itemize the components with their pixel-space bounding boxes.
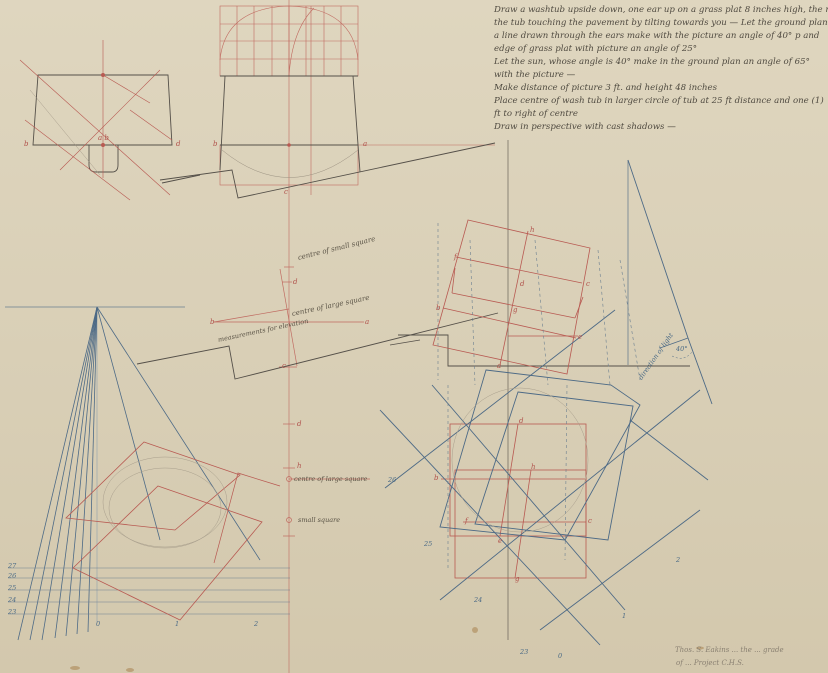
label-persp-f: f (454, 253, 457, 261)
label-lower-c: c (588, 517, 592, 525)
label-axis-a: a (365, 318, 369, 326)
label-persp-d: d (520, 280, 524, 288)
ground-mark-23: 23 (520, 648, 528, 656)
label-persp-e: e (578, 333, 582, 341)
scale-mark-24: 24 (8, 596, 16, 604)
label-lower-b: b (434, 474, 438, 482)
scale-mark-25: 25 (8, 584, 16, 592)
instruction-line: Make distance of picture 3 ft. and heigh… (494, 82, 828, 95)
paper-stains (70, 627, 704, 672)
signature-line-2: of ... Project C.H.S. (676, 659, 744, 667)
label-persp-g: g (513, 306, 517, 314)
label-persp-b: b (436, 304, 440, 312)
ground-mark-26: 26 (388, 476, 396, 484)
label-plan-d: d (176, 140, 180, 148)
elevation-ground-line (137, 313, 498, 379)
base-mark-0: 0 (96, 620, 100, 628)
tub-plan-view (20, 40, 200, 200)
sun-angle-label: 40° (676, 345, 688, 353)
assignment-instructions: Draw a washtub upside down, one ear up o… (494, 4, 828, 134)
scale-mark-26: 26 (8, 572, 16, 580)
drawing-sheet: Draw a washtub upside down, one ear up o… (0, 0, 828, 673)
label-axis-h: h (297, 462, 302, 470)
label-axis-c: c (282, 362, 286, 370)
instruction-line: ft to right of centre (494, 108, 828, 121)
label-lower-f: f (465, 517, 468, 525)
signature-line-1: Thos. S. Eakins ... the ... grade (675, 646, 784, 654)
ground-mark-0: 0 (558, 652, 562, 660)
label-lower-d: d (519, 417, 523, 425)
label-axis-d: d (293, 278, 297, 286)
instruction-line: Draw in perspective with cast shadows — (494, 121, 828, 134)
ground-mark-1: 1 (622, 612, 626, 620)
instruction-line: edge of grass plat with picture an angle… (494, 43, 828, 56)
instruction-line: with the picture — (494, 69, 828, 82)
ground-mark-25: 25 (424, 540, 432, 548)
base-mark-2: 2 (254, 620, 258, 628)
tub-elevation-view (160, 0, 495, 673)
instruction-line: Place centre of wash tub in larger circl… (494, 95, 828, 108)
label-elev-a: a (363, 140, 367, 148)
label-persp-a: a (497, 362, 501, 370)
perspective-construction-right (380, 140, 712, 645)
instruction-line: a line drawn through the ears make with … (494, 30, 828, 43)
label-elev-b: b (213, 140, 217, 148)
instruction-line: the tub touching the pavement by tilting… (494, 17, 828, 30)
label-elev-c: c (284, 188, 288, 196)
scale-mark-23: 23 (8, 608, 16, 616)
ground-mark-2: 2 (676, 556, 680, 564)
scale-mark-27: 27 (8, 562, 16, 570)
label-ab: a b (98, 134, 109, 142)
annotation-small-square: small square (298, 516, 340, 524)
label-plan-b: b (24, 140, 28, 148)
label-axis-b: b (210, 318, 214, 326)
instruction-line: Let the sun, whose angle is 40° make in … (494, 56, 828, 69)
label-persp-h: h (530, 226, 535, 234)
label-lower-e: e (498, 537, 502, 545)
ground-mark-24: 24 (474, 596, 482, 604)
vanishing-lines-left (5, 307, 290, 640)
label-lower-g: g (515, 575, 519, 583)
instruction-line: Draw a washtub upside down, one ear up o… (494, 4, 828, 17)
label-axis-d2: d (297, 420, 301, 428)
label-lower-h: h (531, 463, 536, 471)
annotation-centre-large-square-2: centre of large square (294, 475, 367, 483)
base-mark-1: 1 (175, 620, 179, 628)
label-persp-c: c (586, 280, 590, 288)
